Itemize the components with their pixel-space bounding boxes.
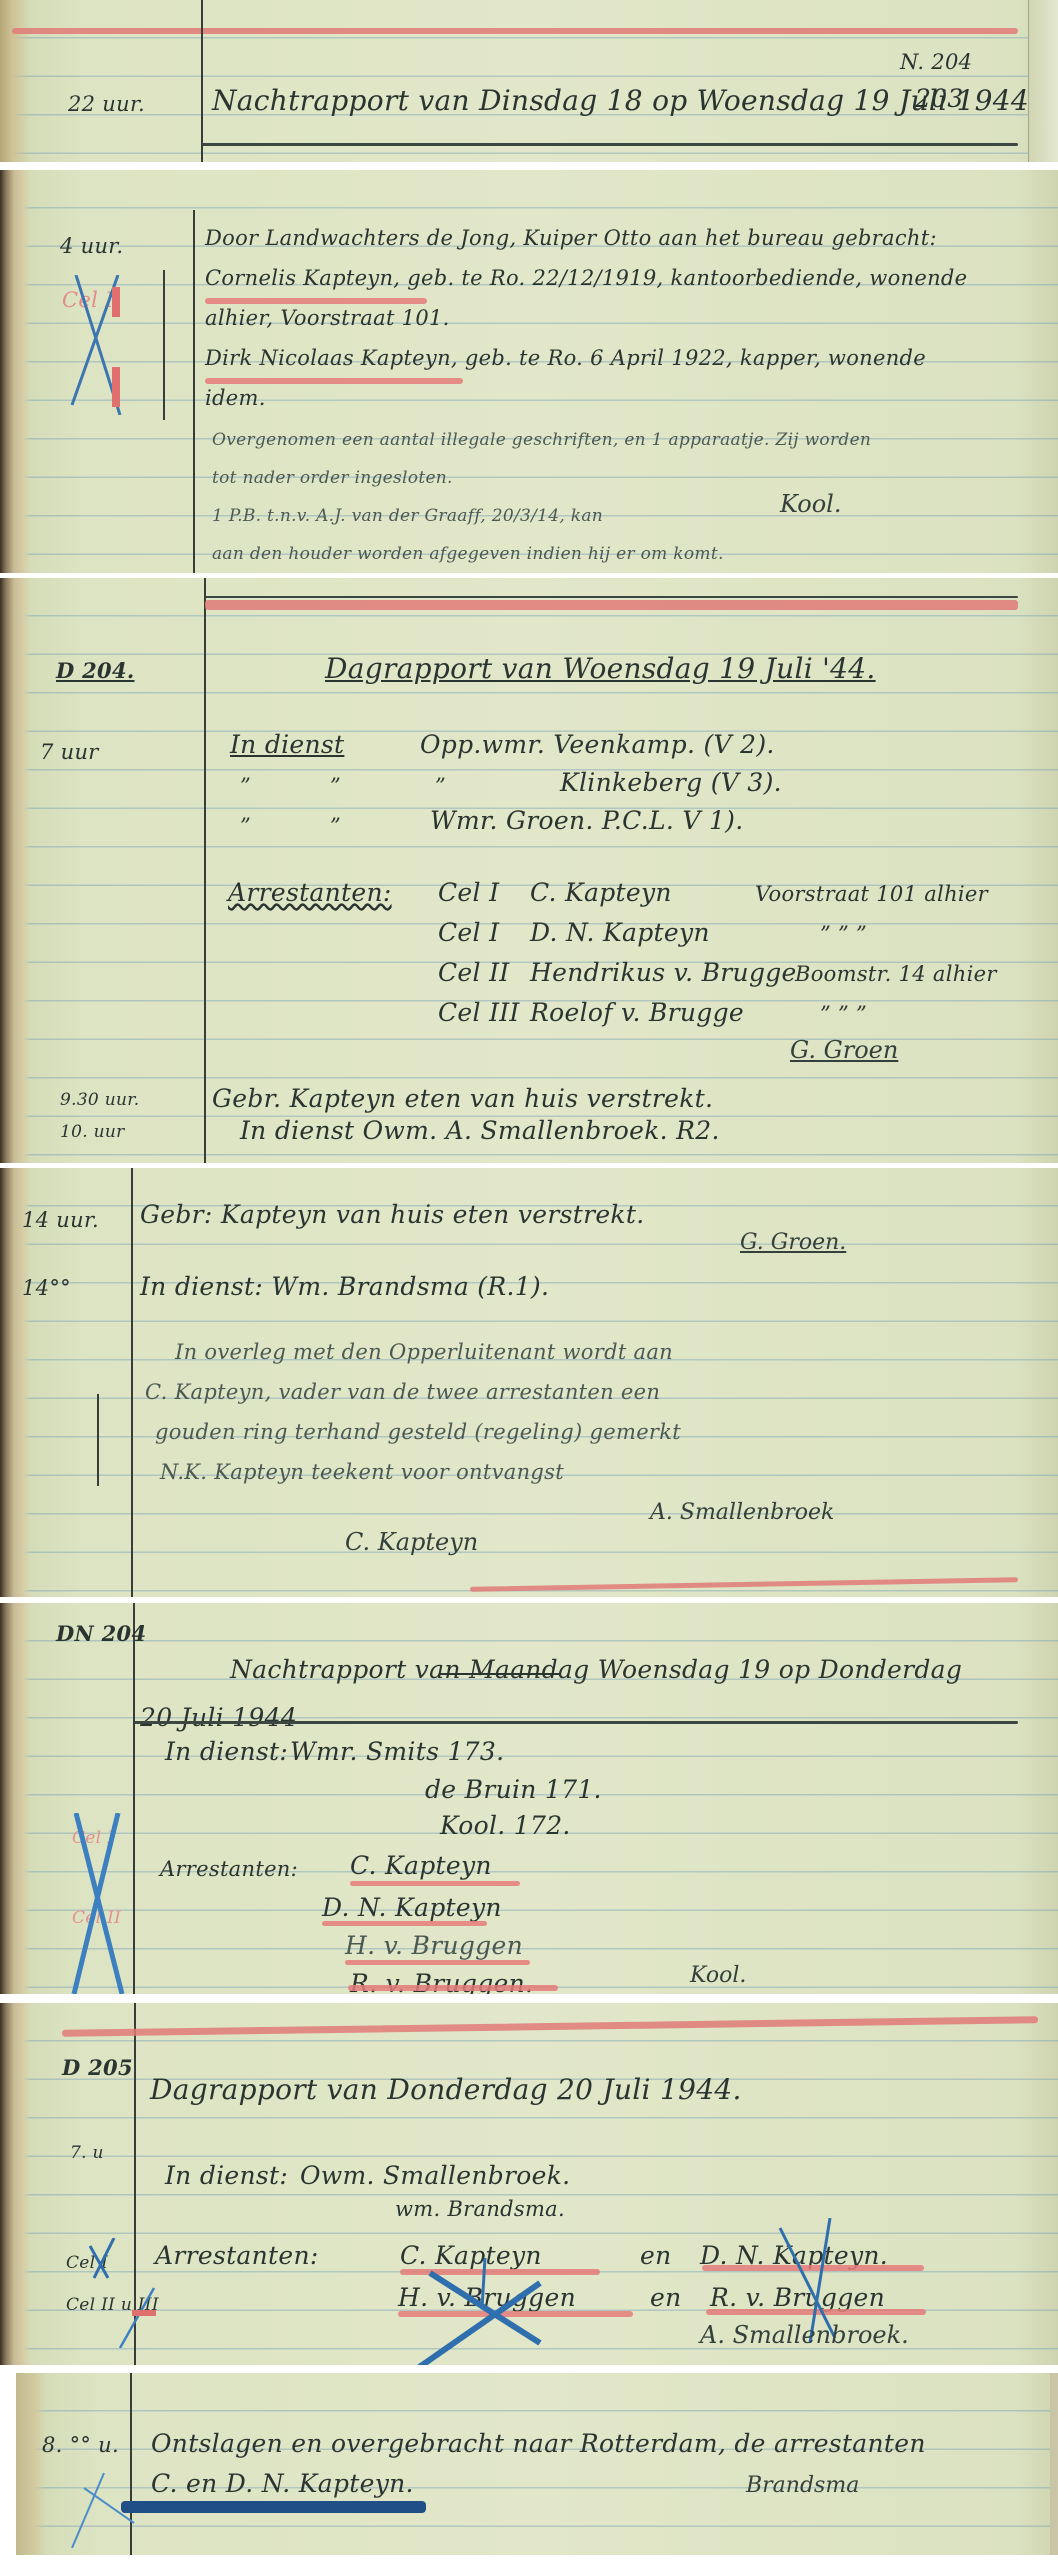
- log-line: aan den houder worden afgegeven indien h…: [212, 544, 724, 564]
- signature: G. Groen: [790, 1036, 898, 1064]
- report-title-line1: Nachtrapport van Maandag Woensdag 19 op …: [230, 1655, 962, 1684]
- blue-cross-mark-icon: [410, 2258, 550, 2365]
- arrestant-address: Voorstraat 101 alhier: [755, 882, 988, 906]
- ledger-strip-1: 22 uur. Nachtrapport van Dinsdag 18 op W…: [0, 0, 1058, 162]
- entry-time: 9.30 uur.: [60, 1090, 140, 1110]
- red-rule: [62, 2016, 1038, 2037]
- duty-officer: Kool. 172.: [440, 1811, 571, 1840]
- page-edge: [1050, 2373, 1058, 2555]
- body-line: N.K. Kapteyn teekent voor ontvangst: [160, 1460, 564, 1484]
- cell-number: Cel III: [438, 998, 520, 1027]
- entry-time: 7 uur: [40, 740, 99, 764]
- ledger-strip-6: D 205 Dagrapport van Donderdag 20 Juli 1…: [0, 2003, 1058, 2365]
- name-underline: [205, 378, 463, 384]
- log-line: Gebr. Kapteyn eten van huis verstrekt.: [212, 1084, 713, 1113]
- ditto-mark: ”: [240, 814, 251, 838]
- arrestant-address: Boomstr. 14 alhier: [795, 962, 997, 986]
- duty-officer: Owm. Smallenbroek.: [300, 2161, 570, 2190]
- log-line: alhier, Voorstraat 101.: [205, 306, 450, 330]
- name-underline: [348, 1985, 558, 1991]
- log-line: Overgenomen een aantal illegale geschrif…: [212, 430, 871, 450]
- name-underline: [322, 1921, 487, 1926]
- arrestant-address: ” ” ”: [820, 922, 867, 946]
- signature: Kool.: [690, 1963, 746, 1988]
- blue-cross-mark-icon: [64, 2473, 144, 2548]
- report-title: Dagrapport van Donderdag 20 Juli 1944.: [150, 2073, 742, 2106]
- page-edge: [1028, 0, 1058, 162]
- page-ref: DN 204: [56, 1621, 146, 1646]
- page-number: 203: [915, 84, 964, 113]
- section-divider: [202, 143, 1018, 146]
- margin-bracket: [97, 1394, 99, 1486]
- cell-number: Cel I: [438, 918, 499, 947]
- arrestanten-label: Arrestanten:: [228, 878, 392, 907]
- arrestant-name: D. N. Kapteyn: [322, 1893, 502, 1922]
- ledger-strip-4: 14 uur. Gebr: Kapteyn van huis eten vers…: [0, 1168, 1058, 1597]
- arrestant-name: Roelof v. Brugge: [530, 998, 744, 1027]
- arrestant-name: D. N. Kapteyn: [530, 918, 710, 947]
- ledger-strip-7: 8. °° u. Ontslagen en overgebracht naar …: [16, 2373, 1058, 2555]
- log-line: Gebr: Kapteyn van huis eten verstrekt.: [140, 1200, 644, 1229]
- name-underline: [350, 1881, 520, 1886]
- red-rule: [205, 600, 1018, 610]
- blue-cross-mark-icon: [68, 275, 128, 415]
- arrestant-name: C. Kapteyn: [350, 1851, 492, 1880]
- signature: Brandsma: [746, 2473, 859, 2498]
- page-ref: D 205: [62, 2055, 133, 2080]
- margin-column-line: [131, 1168, 133, 1597]
- page-ref: D 204.: [56, 658, 134, 683]
- cell-number: Cel II: [438, 958, 509, 987]
- arrestant-name: C. Kapteyn: [530, 878, 672, 907]
- blue-underline: [121, 2501, 426, 2513]
- report-title-line2: 20 Juli 1944: [140, 1703, 297, 1732]
- blue-cross-mark-icon: [70, 1813, 125, 1994]
- blue-cross-mark-icon: [80, 2238, 160, 2348]
- entry-time: 22 uur.: [68, 92, 145, 116]
- log-line: Dirk Nicolaas Kapteyn, geb. te Ro. 6 Apr…: [205, 346, 926, 370]
- body-line: gouden ring terhand gesteld (regeling) g…: [155, 1420, 681, 1444]
- body-line: In overleg met den Opperluitenant wordt …: [175, 1340, 673, 1364]
- duty-officer: wm. Brandsma.: [395, 2197, 565, 2221]
- margin-bracket: [163, 270, 165, 420]
- entry-time: 4 uur.: [60, 234, 123, 258]
- report-title: Dagrapport van Woensdag 19 Juli '44.: [325, 652, 876, 685]
- margin-column-line: [204, 578, 206, 1163]
- log-line: In dienst Owm. A. Smallenbroek. R2.: [240, 1116, 720, 1145]
- in-dienst-label: In dienst:: [165, 2161, 288, 2190]
- margin-column-line: [193, 210, 195, 573]
- log-line: Cornelis Kapteyn, geb. te Ro. 22/12/1919…: [205, 266, 967, 290]
- section-divider: [134, 1721, 1018, 1724]
- duty-officer: de Bruin 171.: [425, 1775, 602, 1804]
- conjunction: en: [640, 2241, 672, 2270]
- section-divider: [205, 596, 1018, 598]
- conjunction: en: [650, 2283, 682, 2312]
- ditto-mark: ”: [330, 774, 341, 798]
- duty-officer: Opp.wmr. Veenkamp. (V 2).: [420, 730, 775, 759]
- body-line: C. Kapteyn, vader van de twee arrestante…: [145, 1380, 660, 1404]
- arrestant-address: ” ” ”: [820, 1002, 867, 1026]
- log-line: In dienst: Wm. Brandsma (R.1).: [140, 1272, 549, 1301]
- entry-time: 8. °° u.: [42, 2433, 119, 2457]
- log-line: C. en D. N. Kapteyn.: [151, 2469, 414, 2498]
- page-ref-top: N. 204: [900, 50, 972, 74]
- arrestant-name: Hendrikus v. Brugge: [530, 958, 797, 987]
- log-line: tot nader order ingesloten.: [212, 468, 453, 488]
- signature: A. Smallenbroek.: [700, 2321, 909, 2349]
- in-dienst-label: In dienst:: [165, 1737, 288, 1766]
- ditto-mark: ”: [240, 774, 251, 798]
- signature-smallenbroek: A. Smallenbroek: [650, 1500, 834, 1525]
- duty-officer: Wmr. Groen. P.C.L. V 1).: [430, 806, 743, 835]
- arrestant-name: H. v. Bruggen: [345, 1931, 523, 1960]
- log-line: idem.: [205, 386, 266, 410]
- ledger-strip-2: 4 uur. Cel I Door Landwachters de Jong, …: [0, 170, 1058, 573]
- strikethrough: [440, 1673, 560, 1675]
- entry-time: 14 uur.: [22, 1208, 99, 1232]
- signature: G. Groen.: [740, 1230, 846, 1255]
- ditto-mark: ”: [435, 774, 446, 798]
- log-line: 1 P.B. t.n.v. A.J. van der Graaff, 20/3/…: [212, 506, 603, 526]
- name-underline: [205, 298, 427, 304]
- log-line: Door Landwachters de Jong, Kuiper Otto a…: [205, 226, 937, 250]
- arrestanten-label: Arrestanten:: [160, 1857, 298, 1881]
- name-underline: [345, 1960, 530, 1965]
- red-rule: [470, 1577, 1018, 1592]
- in-dienst-label: In dienst: [230, 730, 344, 759]
- ditto-mark: ”: [330, 814, 341, 838]
- signature-kapteyn: C. Kapteyn: [345, 1528, 478, 1556]
- cell-number: Cel I: [438, 878, 499, 907]
- red-rule: [12, 28, 1018, 34]
- entry-time: 7. u: [70, 2143, 104, 2163]
- ledger-strip-3: D 204. Dagrapport van Woensdag 19 Juli '…: [0, 578, 1058, 1163]
- arrestanten-label: Arrestanten:: [155, 2241, 319, 2270]
- entry-time: 14°°: [22, 1276, 71, 1300]
- duty-officer: Wmr. Smits 173.: [290, 1737, 504, 1766]
- margin-column-line: [133, 1603, 135, 1994]
- signature: Kool.: [780, 490, 842, 518]
- margin-column-line: [201, 0, 203, 162]
- log-line: Ontslagen en overgebracht naar Rotterdam…: [151, 2429, 926, 2458]
- ledger-strip-5: DN 204 Nachtrapport van Maandag Woensdag…: [0, 1603, 1058, 1994]
- entry-time: 10. uur: [60, 1122, 125, 1142]
- duty-officer: Klinkeberg (V 3).: [560, 768, 782, 797]
